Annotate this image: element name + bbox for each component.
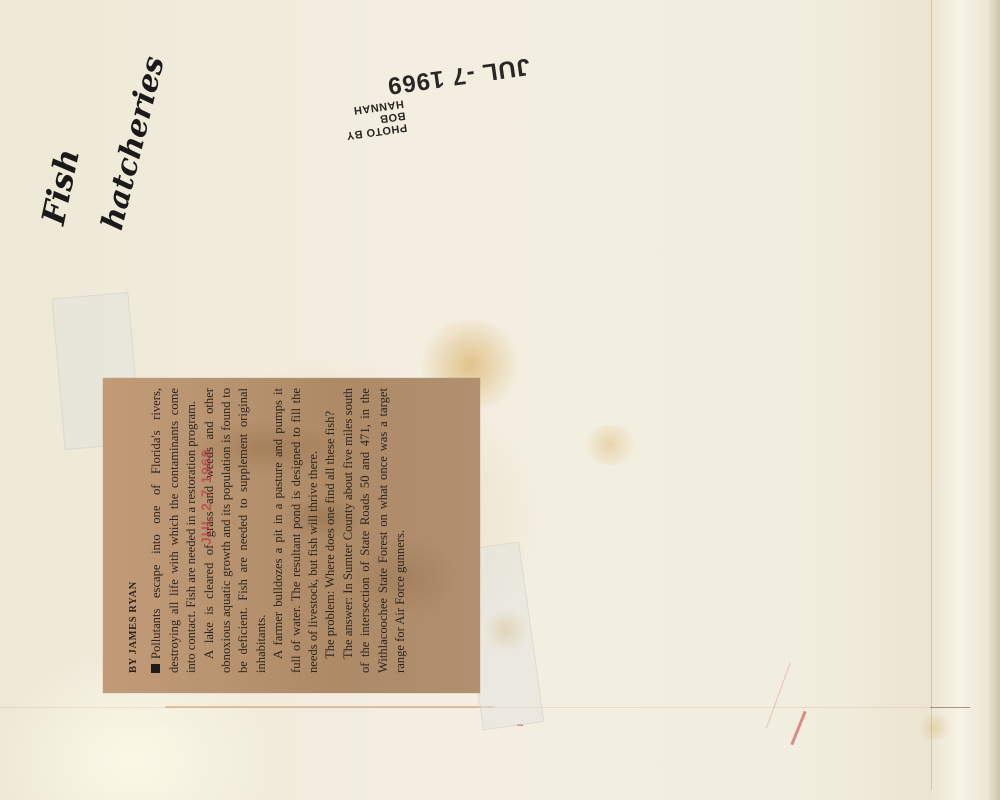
- clipping-paragraph: The answer: In Sumter County about five …: [340, 388, 410, 673]
- photo-credit: PHOTO BY BOB HANNAH: [324, 97, 408, 144]
- handwritten-note: Fish hatcheries: [20, 20, 160, 240]
- clipping-text: BY JAMES RYAN Pollutants escape into one…: [103, 378, 480, 693]
- photo-back-sheet: Fish hatcheries PHOTO BY BOB HANNAH JUL …: [0, 0, 1000, 800]
- crop-line-vertical: [931, 0, 932, 490]
- water-stain-small: [580, 425, 640, 465]
- handwriting-line-1: Fish: [34, 146, 87, 228]
- clipping-paragraph: A farmer bulldozes a pit in a pasture an…: [270, 388, 322, 673]
- handwriting-line-2: hatcheries: [95, 53, 172, 234]
- clipping-date-stamp: JUL 2 7 1969: [198, 448, 214, 545]
- red-pencil-mark-faint: [766, 662, 791, 728]
- water-stain-corner: [915, 715, 955, 740]
- byline: BY JAMES RYAN: [125, 388, 142, 673]
- paragraph-text: Pollutants escape into one of Florida's …: [149, 388, 198, 673]
- red-pencil-mark: [790, 711, 806, 746]
- clipping-paragraph: Pollutants escape into one of Florida's …: [148, 388, 200, 673]
- photo-credit-stamp: PHOTO BY BOB HANNAH JUL -7 1969: [317, 36, 536, 144]
- right-edge-shadow: [988, 0, 1000, 800]
- bottom-clip-shadow: [165, 706, 495, 708]
- photo-date-stamp: JUL -7 1969: [385, 52, 531, 100]
- newspaper-clipping: BY JAMES RYAN Pollutants escape into one…: [103, 378, 480, 693]
- clipping-paragraph: The problem: Where does one find all the…: [322, 388, 339, 673]
- bullet-square-icon: [151, 664, 160, 673]
- crop-line-vertical-lower: [931, 490, 932, 790]
- crop-line-horizontal: [930, 707, 970, 708]
